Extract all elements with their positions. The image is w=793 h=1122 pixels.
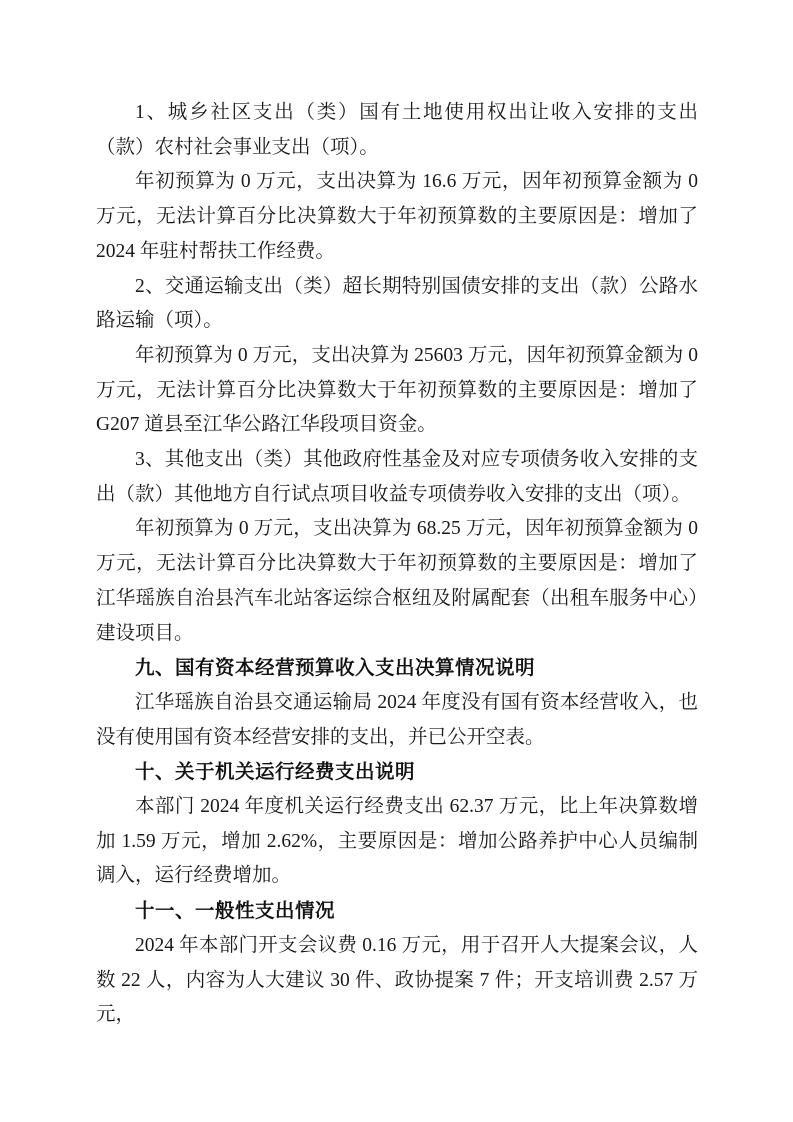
- paragraph-item2-budget-explanation: 年初预算为 0 万元，支出决算为 25603 万元，因年初预算金额为 0 万元，…: [96, 339, 698, 443]
- paragraph-item3-other-expense: 3、其他支出（类）其他政府性基金及对应专项债务收入安排的支出（款）其他地方自行试…: [96, 443, 698, 512]
- paragraph-item1-urban-rural-community-expense: 1、城乡社区支出（类）国有土地使用权出让收入安排的支出（款）农村社会事业支出（项…: [96, 96, 698, 165]
- paragraph-state-capital-statement: 江华瑶族自治县交通运输局 2024 年度没有国有资本经营收入，也没有使用国有资本…: [96, 686, 698, 755]
- paragraph-item3-budget-explanation: 年初预算为 0 万元，支出决算为 68.25 万元，因年初预算金额为 0 万元，…: [96, 512, 698, 651]
- paragraph-item2-transport-expense: 2、交通运输支出（类）超长期特别国债安排的支出（款）公路水路运输（项）。: [96, 270, 698, 339]
- paragraph-agency-operating-expense: 本部门 2024 年度机关运行经费支出 62.37 万元，比上年决算数增加 1.…: [96, 790, 698, 894]
- section-heading-11-general-expense: 十一、一般性支出情况: [96, 894, 698, 929]
- section-heading-10-agency-operating-expense: 十、关于机关运行经费支出说明: [96, 755, 698, 790]
- paragraph-general-expense-details: 2024 年本部门开支会议费 0.16 万元，用于召开人大提案会议，人数 22 …: [96, 929, 698, 1033]
- section-heading-9-state-capital-budget: 九、国有资本经营预算收入支出决算情况说明: [96, 651, 698, 686]
- document-page: 1、城乡社区支出（类）国有土地使用权出让收入安排的支出（款）农村社会事业支出（项…: [0, 0, 793, 1122]
- paragraph-item1-budget-explanation: 年初预算为 0 万元，支出决算为 16.6 万元，因年初预算金额为 0 万元，无…: [96, 165, 698, 269]
